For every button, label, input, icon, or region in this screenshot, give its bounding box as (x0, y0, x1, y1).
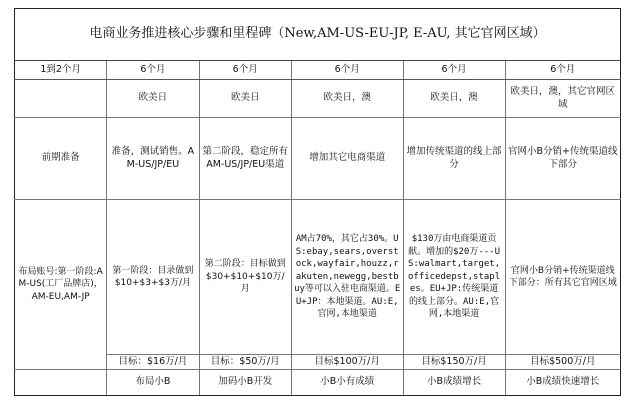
duration-cell: 6个月 (291, 61, 403, 80)
duration-cell: 6个月 (403, 61, 505, 80)
region-cell: 欧美日 (199, 80, 291, 118)
duration-cell: 6个月 (107, 61, 199, 80)
b-stage-cell: 加码小B开发 (199, 370, 291, 396)
target-cell: 目标$150万/月 (403, 355, 505, 370)
page-title: 电商业务推进核心步骤和里程碑（New,AM-US-EU-JP, E-AU, 其它… (15, 9, 621, 61)
detail-cell: $130万由电商渠道贡献。增加的$20万---US:walmart,target… (403, 200, 505, 355)
detail-cell: 第一阶段：目录做到$10+$3+$3万/月 (107, 200, 199, 355)
step-row: 前期准备 准备，测试销售。AM-US/JP/EU 第二阶段，稳定所有AM-US/… (15, 118, 621, 200)
target-cell: 目标：$50万/月 (199, 355, 291, 370)
target-cell: 目标$500万/月 (505, 355, 620, 370)
target-cell: 目标：$16万/月 (107, 355, 199, 370)
detail-cell: AM占70%，其它占30%。US:ebay,sears,overstock,wa… (291, 200, 403, 355)
duration-cell: 1到2个月 (15, 61, 107, 80)
target-cell: 目标$100万/月 (291, 355, 403, 370)
detail-cell: 布局账号:第一阶段:AM-US(工厂品牌店)，AM-EU,AM-JP (15, 200, 107, 370)
step-cell: 增加传统渠道的线上部分 (403, 118, 505, 200)
region-cell: 欧美日，澳，其它官网区域 (505, 80, 620, 118)
b-stage-cell: 小B成绩增长 (403, 370, 505, 396)
step-cell: 官网小B分销+传统渠道线下部分 (505, 118, 620, 200)
b-stage-cell: 小B成绩快速增长 (505, 370, 620, 396)
detail-cell: 官网小B分销+传统渠道线下部分：所有其它官网区域 (505, 200, 620, 355)
region-cell: 欧美日 (107, 80, 199, 118)
step-cell: 前期准备 (15, 118, 107, 200)
milestone-table: 电商业务推进核心步骤和里程碑（New,AM-US-EU-JP, E-AU, 其它… (14, 8, 621, 396)
duration-cell: 6个月 (505, 61, 620, 80)
region-cell: 欧美日，澳 (403, 80, 505, 118)
region-row: 欧美日 欧美日 欧美日，澳 欧美日，澳 欧美日，澳，其它官网区域 (15, 80, 621, 118)
detail-row: 布局账号:第一阶段:AM-US(工厂品牌店)，AM-EU,AM-JP 第一阶段：… (15, 200, 621, 355)
region-cell (15, 80, 107, 118)
b-stage-cell: 小B小有成绩 (291, 370, 403, 396)
duration-cell: 6个月 (199, 61, 291, 80)
b-stage-row: 布局小B 加码小B开发 小B小有成绩 小B成绩增长 小B成绩快速增长 (15, 370, 621, 396)
step-cell: 增加其它电商渠道 (291, 118, 403, 200)
step-cell: 准备，测试销售。AM-US/JP/EU (107, 118, 199, 200)
region-cell: 欧美日，澳 (291, 80, 403, 118)
b-stage-cell: 布局小B (107, 370, 199, 396)
step-cell: 第二阶段，稳定所有AM-US/JP/EU渠道 (199, 118, 291, 200)
b-stage-cell (15, 370, 107, 396)
duration-row: 1到2个月 6个月 6个月 6个月 6个月 6个月 (15, 61, 621, 80)
detail-cell: 第二阶段：目标做到$30+$10+$10万/月 (199, 200, 291, 355)
